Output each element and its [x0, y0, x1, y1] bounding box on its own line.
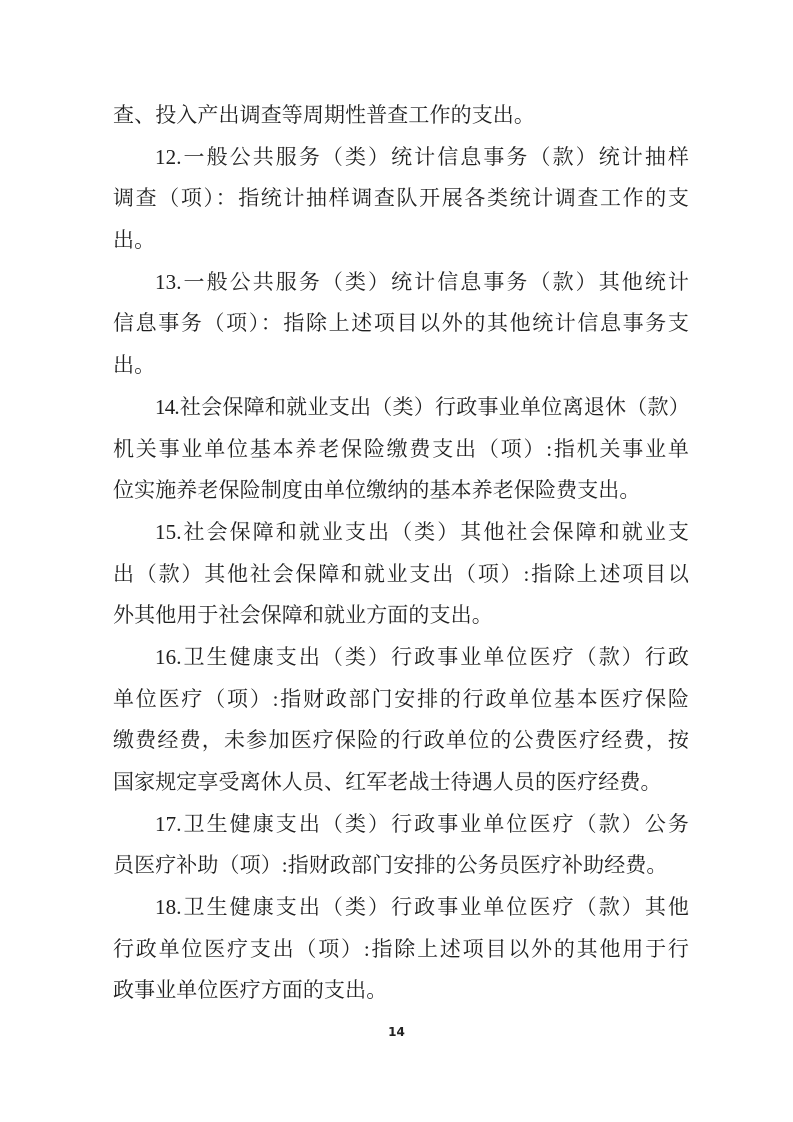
text-line: 行政单位医疗支出（项）:指除上述项目以外的其他用于行	[113, 929, 689, 971]
paragraph: 17.卫生健康支出（类）行政事业单位医疗（款）公务员医疗补助（项）:指财政部门安…	[113, 804, 689, 887]
text-line: 12.一般公共服务（类）统计信息事务（款）统计抽样	[113, 137, 689, 179]
text-line: 调查（项）：指统计抽样调查队开展各类统计调查工作的支	[113, 178, 689, 220]
text-line: 机关事业单位基本养老保险缴费支出（项）:指机关事业单	[113, 429, 689, 471]
document-body: 查、投入产出调查等周期性普查工作的支出。12.一般公共服务（类）统计信息事务（款…	[113, 95, 689, 1012]
text-line: 16.卫生健康支出（类）行政事业单位医疗（款）行政	[113, 637, 689, 679]
text-line: 出。	[113, 220, 689, 262]
paragraph: 14.社会保障和就业支出（类）行政事业单位离退休（款）机关事业单位基本养老保险缴…	[113, 387, 689, 512]
text-line: 17.卫生健康支出（类）行政事业单位医疗（款）公务	[113, 804, 689, 846]
text-line: 政事业单位医疗方面的支出。	[113, 970, 689, 1012]
text-line: 出。	[113, 345, 689, 387]
text-line: 查、投入产出调查等周期性普查工作的支出。	[113, 95, 689, 137]
text-line: 14.社会保障和就业支出（类）行政事业单位离退休（款）	[113, 387, 689, 429]
text-line: 单位医疗（项）:指财政部门安排的行政单位基本医疗保险	[113, 679, 689, 721]
paragraph: 13.一般公共服务（类）统计信息事务（款）其他统计信息事务（项）：指除上述项目以…	[113, 262, 689, 387]
paragraph: 12.一般公共服务（类）统计信息事务（款）统计抽样调查（项）：指统计抽样调查队开…	[113, 137, 689, 262]
text-line: 出（款）其他社会保障和就业支出（项）:指除上述项目以	[113, 554, 689, 596]
text-line: 外其他用于社会保障和就业方面的支出。	[113, 595, 689, 637]
paragraph: 16.卫生健康支出（类）行政事业单位医疗（款）行政单位医疗（项）:指财政部门安排…	[113, 637, 689, 804]
text-line: 信息事务（项）：指除上述项目以外的其他统计信息事务支	[113, 303, 689, 345]
text-line: 15.社会保障和就业支出（类）其他社会保障和就业支	[113, 512, 689, 554]
text-line: 国家规定享受离休人员、红军老战士待遇人员的医疗经费。	[113, 762, 689, 804]
document-page: 查、投入产出调查等周期性普查工作的支出。12.一般公共服务（类）统计信息事务（款…	[0, 0, 793, 1122]
text-line: 13.一般公共服务（类）统计信息事务（款）其他统计	[113, 262, 689, 304]
paragraph: 18.卫生健康支出（类）行政事业单位医疗（款）其他行政单位医疗支出（项）:指除上…	[113, 887, 689, 1012]
text-line: 员医疗补助（项）:指财政部门安排的公务员医疗补助经费。	[113, 845, 689, 887]
text-line: 18.卫生健康支出（类）行政事业单位医疗（款）其他	[113, 887, 689, 929]
text-line: 缴费经费，未参加医疗保险的行政单位的公费医疗经费，按	[113, 720, 689, 762]
paragraph: 查、投入产出调查等周期性普查工作的支出。	[113, 95, 689, 137]
paragraph: 15.社会保障和就业支出（类）其他社会保障和就业支出（款）其他社会保障和就业支出…	[113, 512, 689, 637]
page-number: 14	[0, 1025, 793, 1039]
text-line: 位实施养老保险制度由单位缴纳的基本养老保险费支出。	[113, 470, 689, 512]
